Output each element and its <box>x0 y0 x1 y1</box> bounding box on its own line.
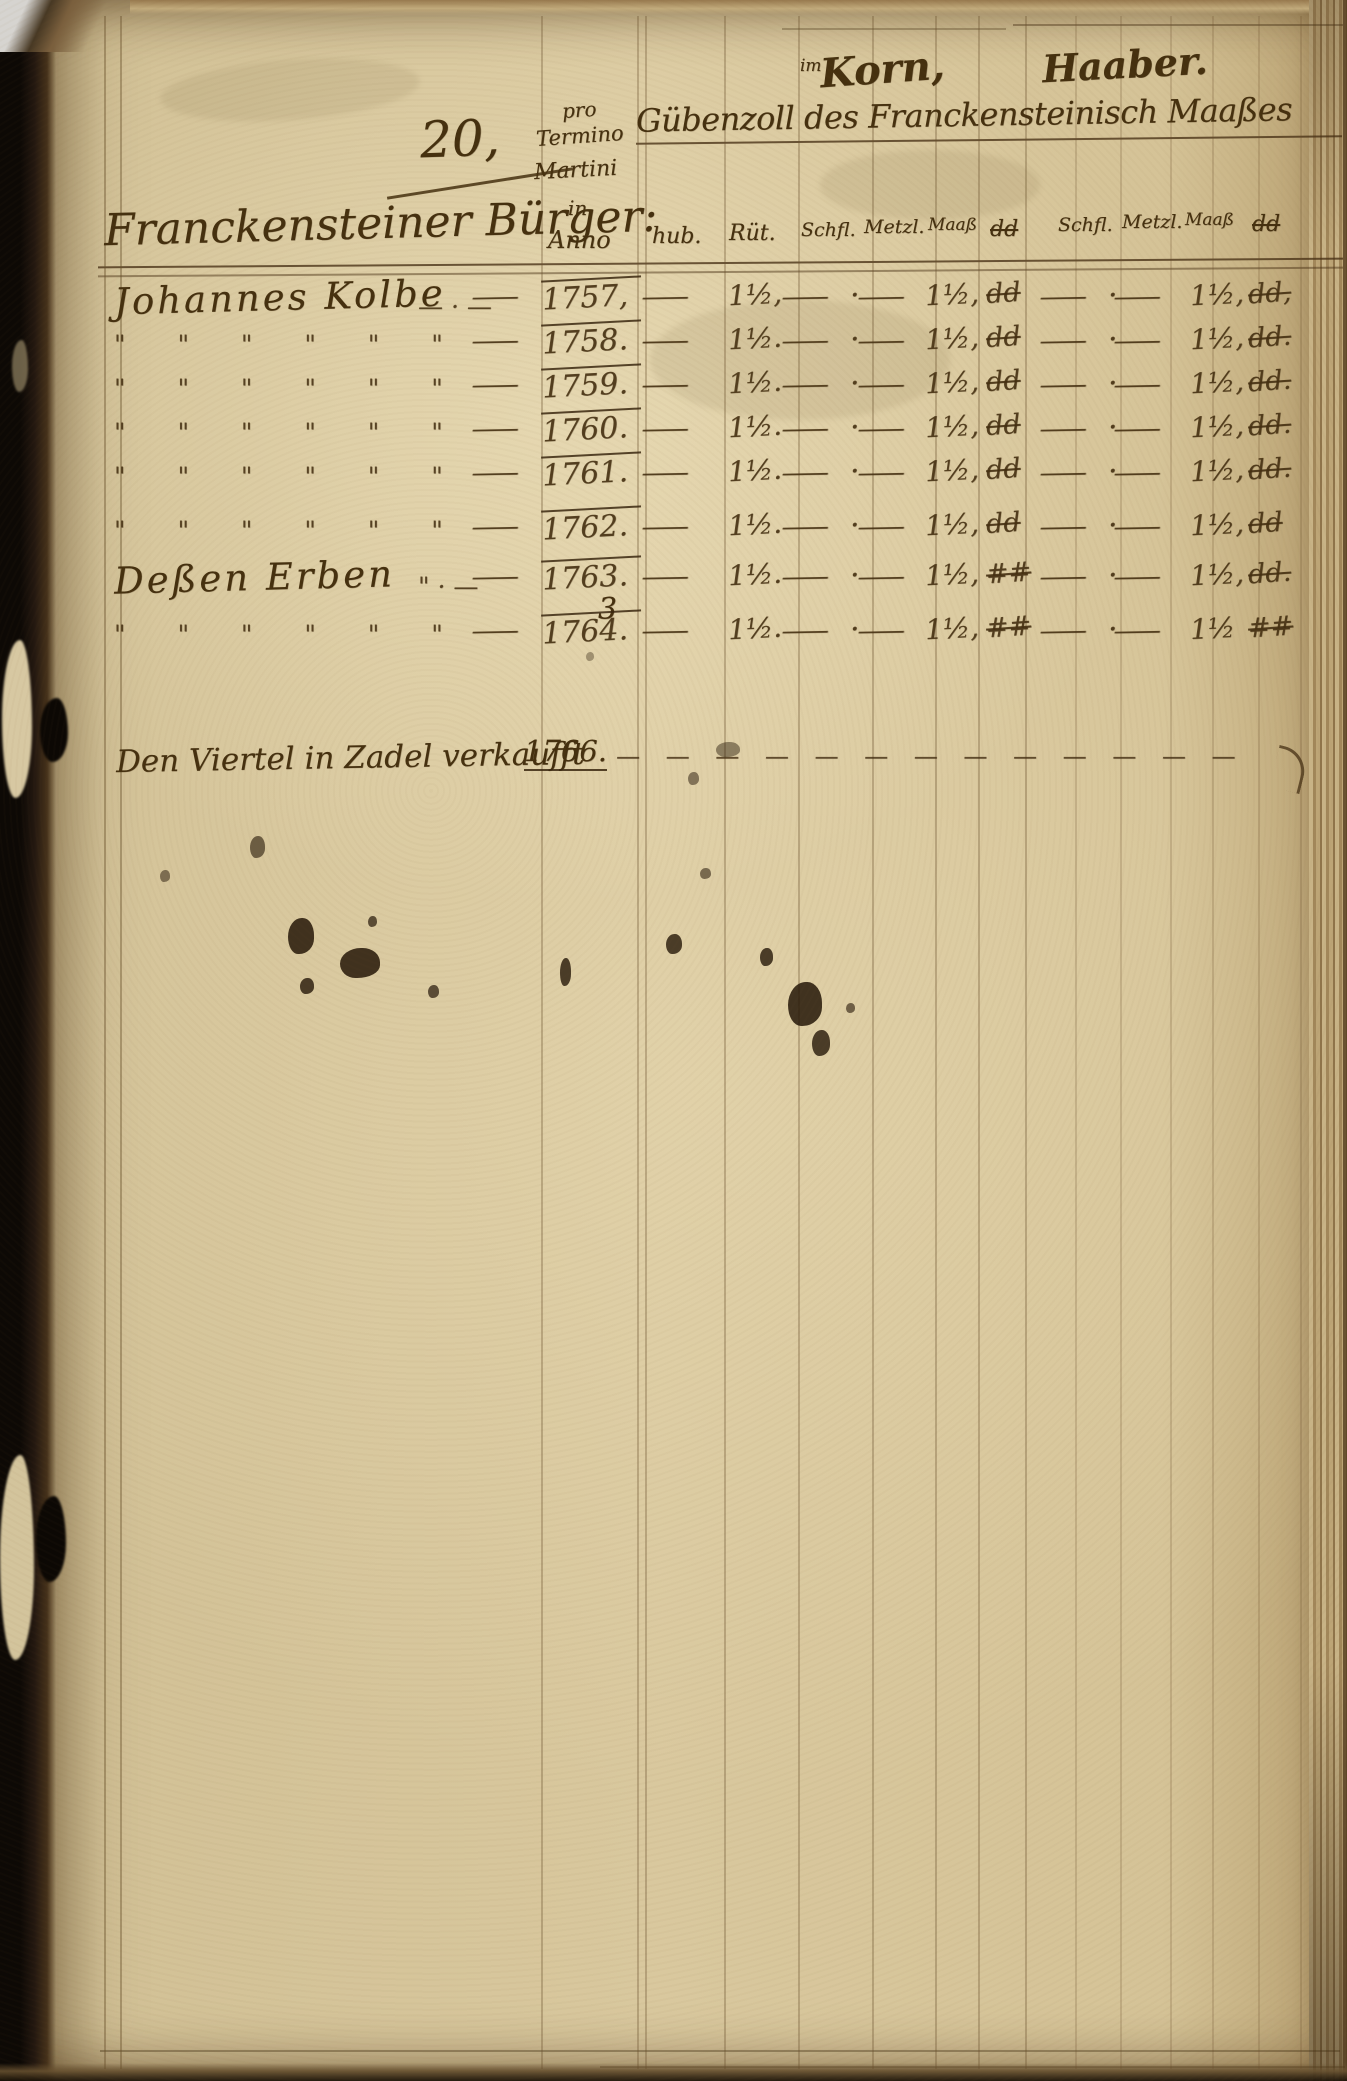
row-name: " " " " " " <box>114 330 443 359</box>
amount-cell: 1½, <box>1189 453 1245 489</box>
row-name: " " " " " " <box>114 620 443 649</box>
page-content: 20, pro Termino Martini in im Korn, Haab… <box>0 0 1347 2081</box>
ditto-mark: dd <box>985 453 1022 486</box>
ink-blotch <box>560 958 571 986</box>
bottom-rule <box>600 2066 1345 2068</box>
dash-mark: — <box>779 512 830 543</box>
amount-cell: 1½ <box>1189 611 1236 646</box>
dash-mark: — <box>1111 616 1162 647</box>
bottom-rule <box>100 2050 1340 2052</box>
ink-blotch <box>688 772 699 785</box>
dash-mark: — <box>1111 282 1162 313</box>
col-rut: Rüt. <box>729 221 776 246</box>
ditto-mark: dd. <box>1247 321 1292 355</box>
dash-mark: — <box>639 458 690 489</box>
dash-mark: — <box>639 562 690 593</box>
ink-blotch <box>586 652 594 661</box>
amount-cell: 1½, <box>924 611 980 647</box>
termino-pro: pro <box>561 97 597 123</box>
top-right-rule <box>782 28 1006 30</box>
note-dash-tail: — — — — — — — — — — — — — <box>616 742 1236 770</box>
dash-mark: — <box>1111 458 1162 489</box>
amount-cell: 1½. <box>727 611 783 647</box>
row-name: Johannes Kolbe <box>113 272 446 324</box>
ink-blotch <box>846 1003 855 1013</box>
bleedthrough-smudge <box>158 51 422 129</box>
top-right-rule <box>1013 24 1343 26</box>
amount-cell: 1½, <box>924 453 980 489</box>
amount-cell: 1½, <box>924 409 980 445</box>
dash-mark: — <box>1037 282 1088 313</box>
amount-cell: 1½, <box>1189 409 1245 445</box>
ink-blotch <box>340 948 380 978</box>
ditto-mark: dd, <box>1247 277 1292 311</box>
ink-blotch <box>666 934 682 954</box>
col-hub: hub. <box>652 224 701 249</box>
ditto-mark: dd. <box>1247 557 1292 591</box>
dash-mark: — <box>855 562 906 593</box>
ink-blotch <box>250 836 265 858</box>
ditto-mark: ## <box>985 610 1032 644</box>
amount-cell: 1½. <box>727 507 783 543</box>
row-name: Deßen Erben <box>113 552 395 602</box>
dash-mark: — <box>639 512 690 543</box>
bleedthrough-smudge <box>820 150 1040 220</box>
ink-blotch <box>428 985 439 998</box>
year-cell: 1758. <box>541 319 643 361</box>
dash-mark: — <box>1111 512 1162 543</box>
dash-mark: — <box>639 414 690 445</box>
dash-mark: — <box>855 458 906 489</box>
dash-mark: — <box>469 370 520 401</box>
year-cell: 1757, <box>541 275 643 317</box>
amount-cell: 1½, <box>924 507 980 543</box>
row-name: " " " " " " <box>114 374 443 403</box>
col-haaber-maass: Maaß <box>1185 210 1234 230</box>
page-number: 20, <box>419 109 501 170</box>
dash-mark: — <box>1037 562 1088 593</box>
ditto-mark: dd <box>985 365 1022 398</box>
amount-cell: 1½. <box>727 557 783 593</box>
amount-cell: 1½, <box>924 557 980 593</box>
ink-blotch <box>300 978 314 994</box>
title-korn: Korn, <box>819 42 947 98</box>
dash-mark: — <box>1111 562 1162 593</box>
ink-blotch <box>716 742 740 757</box>
note-year: 1766. <box>524 734 607 771</box>
manuscript-photo: 20, pro Termino Martini in im Korn, Haab… <box>0 0 1347 2081</box>
year-cell: 1760. <box>541 407 643 449</box>
termino-termino: Termino <box>535 121 624 151</box>
ditto-mark: dd. <box>1247 453 1292 487</box>
table-row: " " " " " "—1761.—1½.—·—1½,dd—·—1½,dd. <box>0 452 1347 508</box>
dash-mark: — <box>1037 370 1088 401</box>
amount-cell: 1½, <box>1189 557 1245 593</box>
dash-mark: — <box>639 616 690 647</box>
amount-cell: 1½, <box>1189 507 1245 543</box>
dash-mark: — <box>779 458 830 489</box>
dash-mark: — <box>855 616 906 647</box>
title-main: Gübenzoll des Franckensteinisch Maaßes <box>636 90 1293 139</box>
year-cell: 1764. <box>541 609 643 651</box>
amount-cell: 1½, <box>924 277 980 313</box>
dash-mark: — <box>469 458 520 489</box>
amount-cell: 1½, <box>1189 277 1245 313</box>
year-cell: 1761. <box>541 451 643 493</box>
note-text: Den Viertel in Zadel verkaufft <box>116 736 585 780</box>
amount-cell: 1½. <box>727 453 783 489</box>
ink-blotch <box>812 1030 830 1056</box>
dash-mark: — <box>779 616 830 647</box>
dash-mark: — <box>469 414 520 445</box>
dash-mark: — <box>1037 414 1088 445</box>
year-cell: 1759. <box>541 363 643 405</box>
ditto-mark: ## <box>985 556 1032 590</box>
ink-blotch <box>160 870 170 882</box>
row-name: " " " " " " <box>114 516 443 545</box>
col-korn-schfl: Schfl. <box>801 219 856 241</box>
ink-blotch <box>288 918 314 954</box>
title-haaber: Haaber. <box>1041 38 1209 92</box>
year-cell: 1763. <box>541 555 643 597</box>
table-row: " " " " " "—1764.—1½.—·—1½,##—·—1½## <box>0 610 1347 666</box>
dash-mark: — <box>855 512 906 543</box>
dash-mark: — <box>469 282 520 313</box>
ditto-mark: dd <box>985 507 1022 540</box>
ditto-mark: dd <box>1247 507 1284 540</box>
row-name: " " " " " " <box>114 418 443 447</box>
col-haaber-metzl: Metzl. <box>1122 211 1182 233</box>
ink-blotch <box>700 868 711 879</box>
ditto-mark: dd. <box>1247 409 1292 443</box>
dash-mark: — <box>1037 326 1088 357</box>
dash-mark: — <box>1037 512 1088 543</box>
dash-mark: — <box>1111 370 1162 401</box>
table-row: " " " " " "—1762.—1½.—·—1½,dd—·—1½,dd <box>0 506 1347 562</box>
ditto-mark: dd. <box>1247 365 1292 399</box>
ditto-mark: ## <box>1247 610 1294 644</box>
amount-cell: 1½, <box>1189 321 1245 357</box>
row-name: " " " " " " <box>114 462 443 491</box>
ink-blotch <box>368 916 377 927</box>
dash-mark: — <box>639 282 690 313</box>
dash-mark: — <box>855 414 906 445</box>
col-korn-dd: dd <box>990 217 1018 242</box>
col-haaber-dd: dd <box>1252 212 1280 237</box>
bleedthrough-smudge <box>650 300 950 420</box>
termino-martini: Martini <box>533 156 617 185</box>
amount-cell: 1½, <box>1189 365 1245 401</box>
ditto-mark: dd <box>985 277 1022 310</box>
dash-mark: — <box>779 562 830 593</box>
col-haaber-schfl: Schfl. <box>1058 214 1113 236</box>
table-row: Deßen Erben" · —3—1763.—1½.—·—1½,##—·—1½… <box>0 556 1347 612</box>
dash-mark: — <box>469 512 520 543</box>
note-tail-hook <box>1269 745 1309 794</box>
ink-blotch <box>788 982 822 1026</box>
dash-mark: — <box>1111 414 1162 445</box>
ink-blotch <box>760 948 773 966</box>
ditto-mark: dd <box>985 321 1022 354</box>
ditto-mark: dd <box>985 409 1022 442</box>
dash-mark: — <box>469 326 520 357</box>
year-cell: 1762. <box>541 505 643 547</box>
dash-mark: — <box>1037 616 1088 647</box>
col-anno: Anno <box>548 226 611 254</box>
dash-mark: — <box>469 616 520 647</box>
dash-mark: — <box>469 562 520 593</box>
dash-mark: — <box>1037 458 1088 489</box>
dash-mark: — <box>1111 326 1162 357</box>
